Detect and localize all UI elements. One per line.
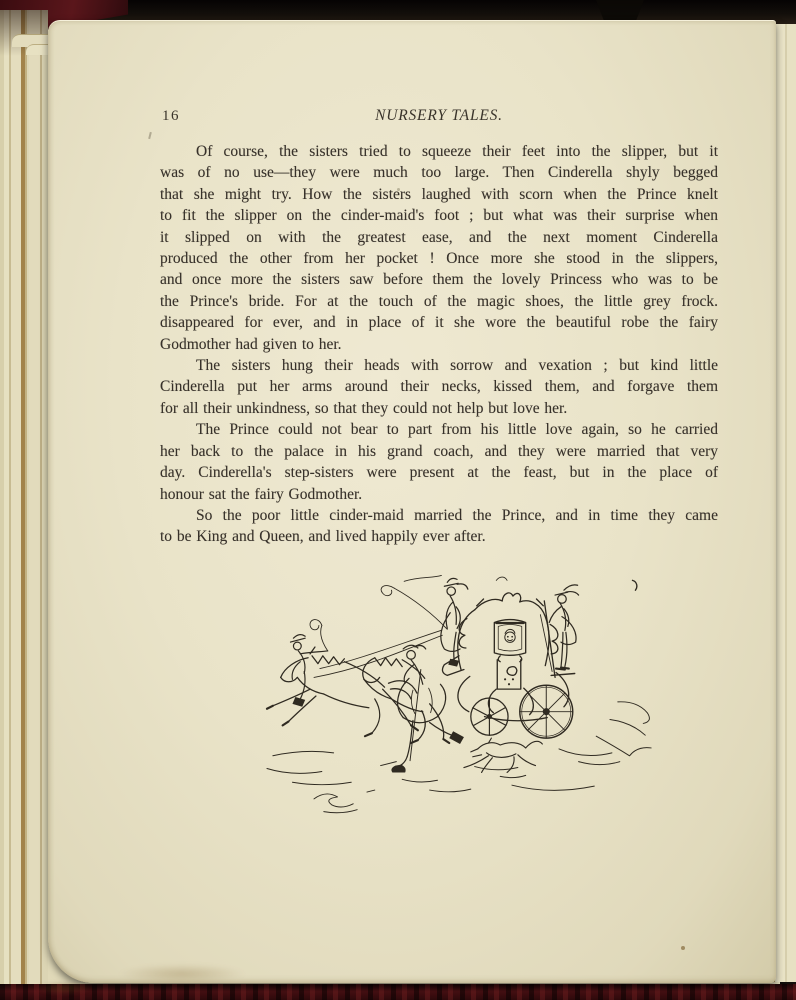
right-page-edge [774,24,796,982]
text-line: was of no use—they were much too large. … [160,162,718,183]
text-line: Cinderella put her arms around their nec… [160,376,718,397]
text-line: The Prince could not bear to part from h… [160,419,718,440]
text-line: to fit the slipper on the cinder-maid's … [160,205,718,226]
running-head: 16 NURSERY TALES. [160,107,718,129]
text-line: day. Cinderella's step-sisters were pres… [160,462,718,483]
coach-and-horses-ink-sketch-icon [265,573,657,819]
paper-stain [118,964,246,984]
text-line: the Prince's bride. For at the touch of … [160,291,718,312]
text-line: Of course, the sisters tried to squeeze … [160,141,718,162]
paragraph: Of course, the sisters tried to squeeze … [160,141,718,355]
text-line: and once more the sisters saw before the… [160,269,718,290]
text-line: Godmother had given to her. [160,334,718,355]
text-line: disappeared for ever, and in place of it… [160,312,718,333]
book-photo: 16 NURSERY TALES. Of course, the sisters… [0,0,796,1000]
text-line: honour sat the fairy Godmother. [160,484,718,505]
paper-speck [681,946,685,950]
page-number: 16 [162,108,180,125]
paragraph: The sisters hung their heads with sorrow… [160,355,718,419]
text-line: for all their unkindness, so that they c… [160,398,718,419]
text-line: The sisters hung their heads with sorrow… [160,355,718,376]
page-stack-edges [0,10,48,992]
text-line: So the poor little cinder-maid married t… [160,505,718,526]
illustration-svg [265,573,657,819]
text-line: it slipped on with the greatest ease, an… [160,227,718,248]
paper-stain [36,982,92,994]
paragraph: So the poor little cinder-maid married t… [160,505,718,548]
book-page: 16 NURSERY TALES. Of course, the sisters… [48,20,776,983]
text-line: produced the other from her pocket ! Onc… [160,248,718,269]
text-line: that she might try. How the sisters laug… [160,184,718,205]
text-line: to be King and Queen, and lived happily … [160,526,718,547]
paragraph: The Prince could not bear to part from h… [160,419,718,505]
paper-speck [397,188,400,191]
paper-mark [148,132,152,139]
running-title: NURSERY TALES. [160,107,718,125]
text-line: her back to the palace in his grand coac… [160,441,718,462]
book-cover-bottom-edge [0,984,796,1000]
page-text: Of course, the sisters tried to squeeze … [160,141,718,548]
